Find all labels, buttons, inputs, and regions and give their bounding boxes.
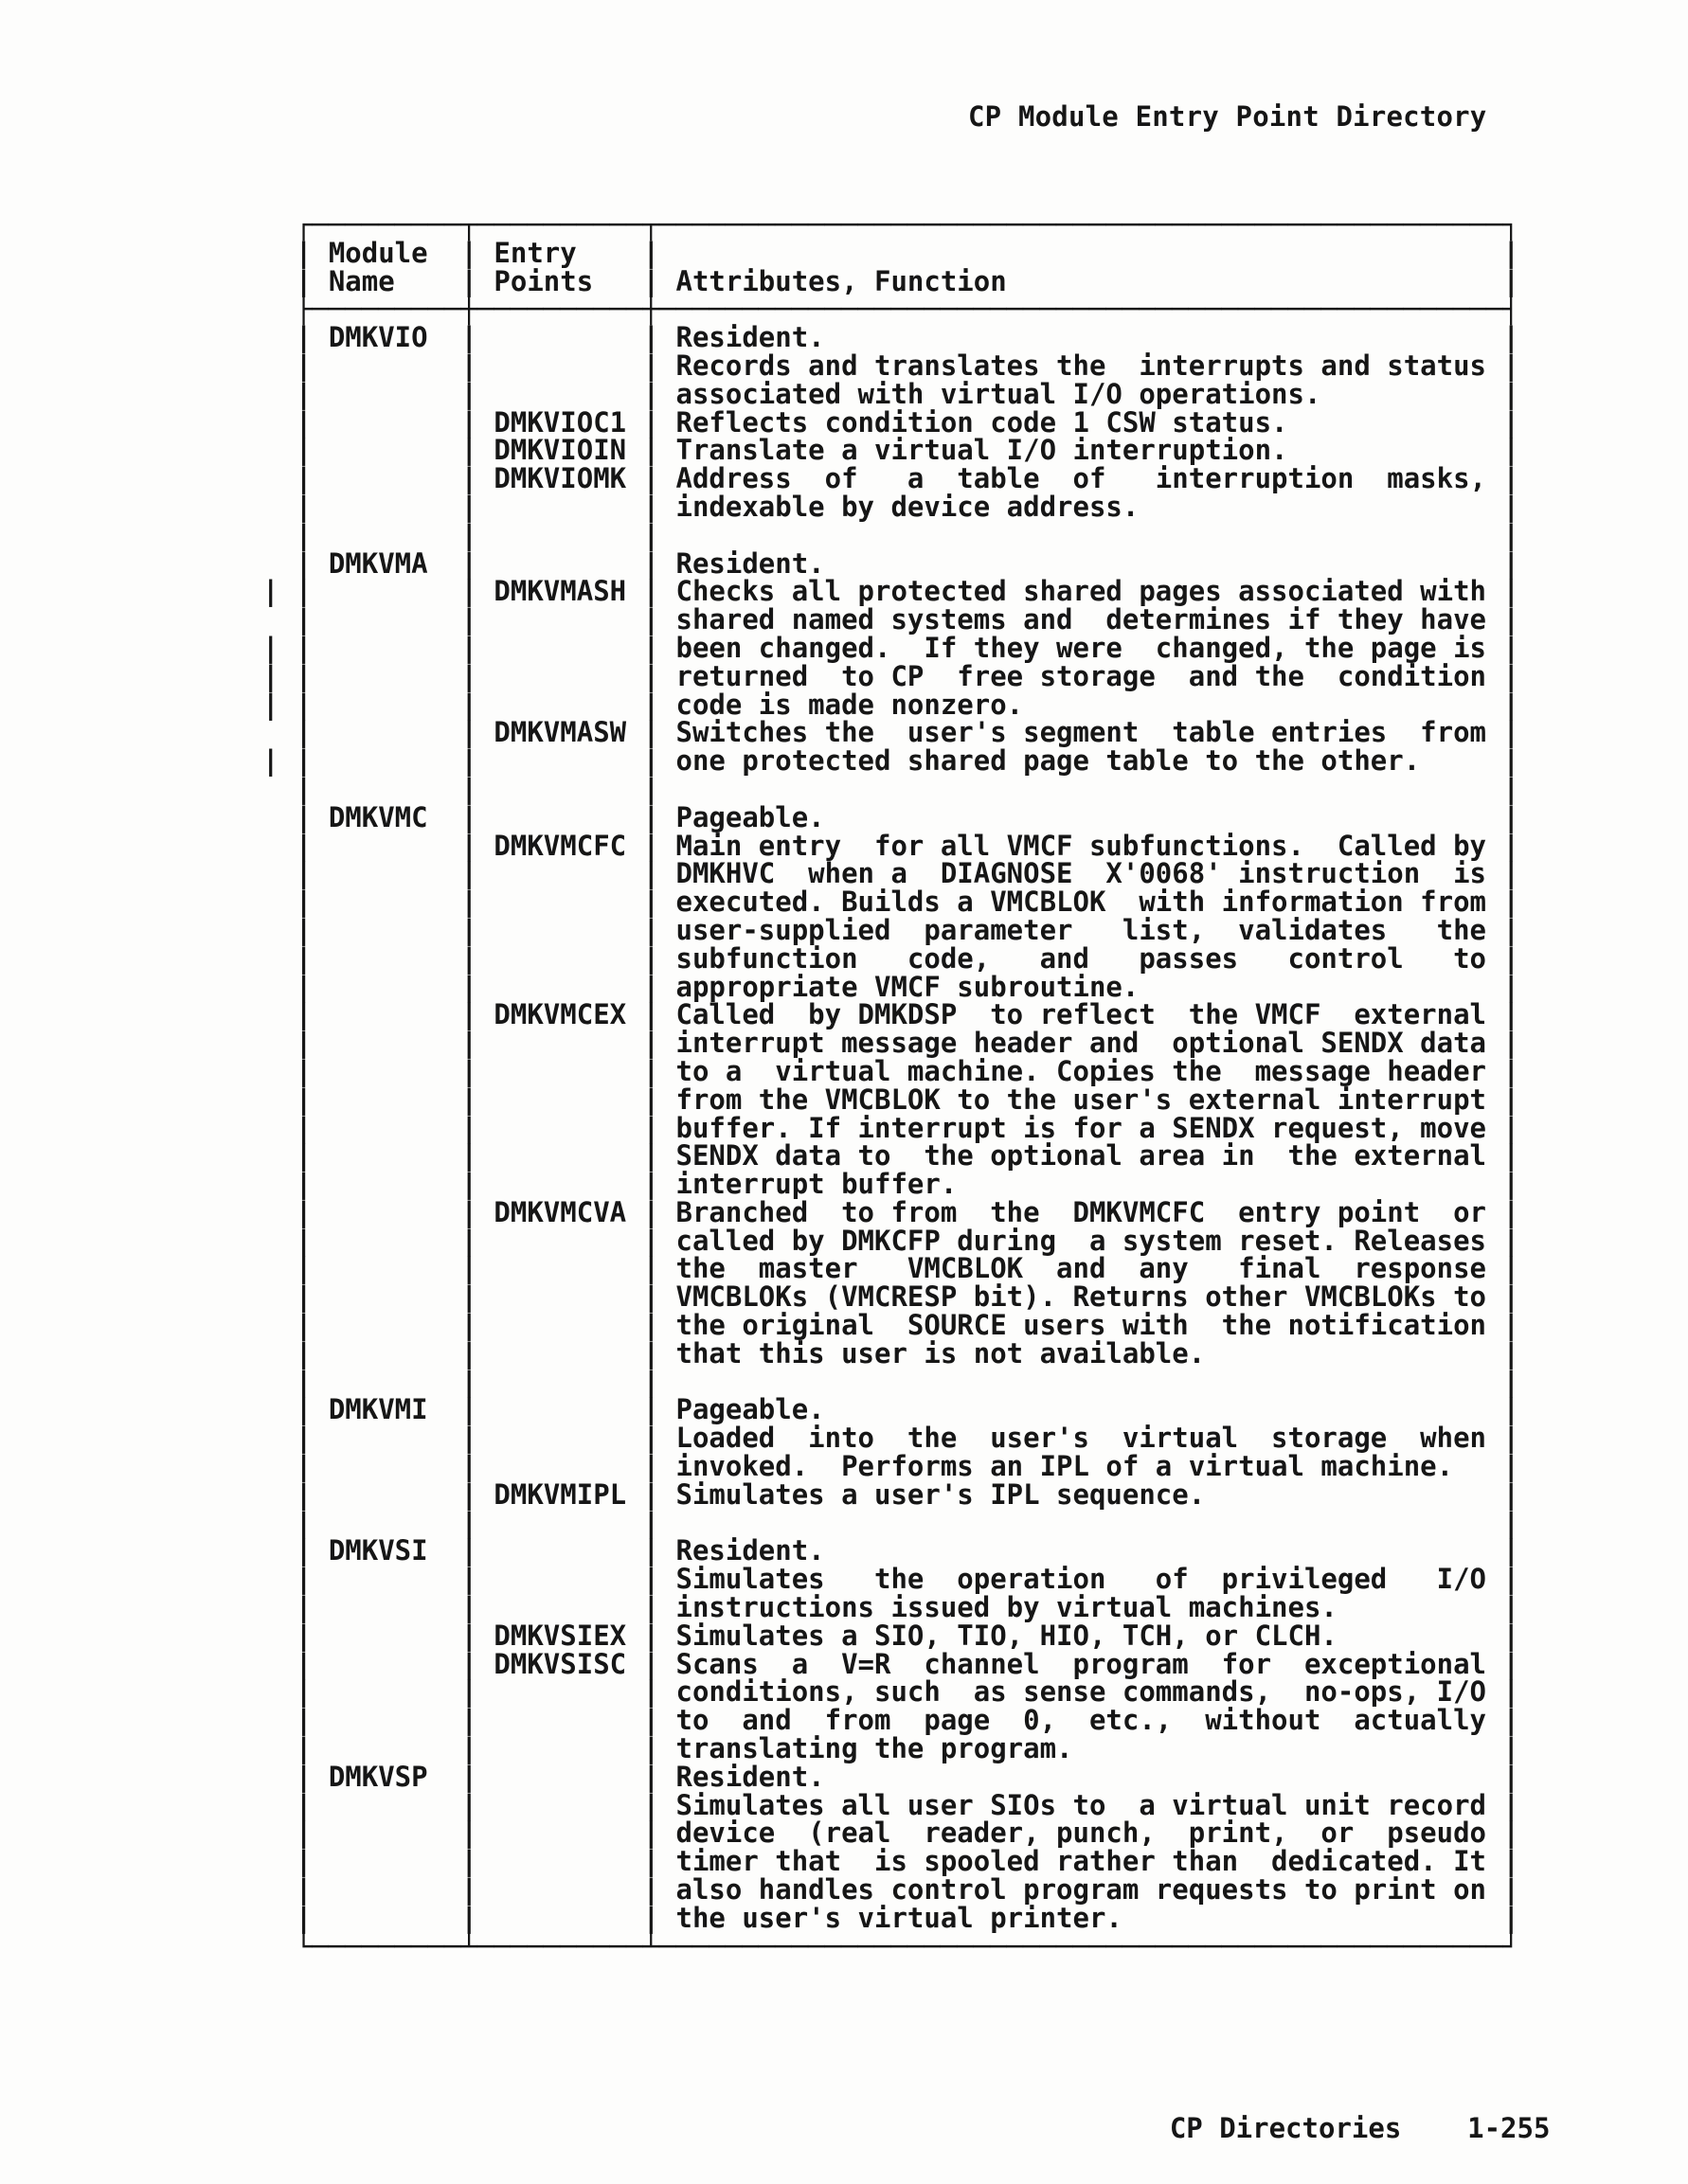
- table-row: | | | conditions, such as sense commands…: [262, 1678, 1519, 1707]
- table-row: | | | |: [262, 522, 1519, 550]
- table-border-top: ┌─────────┬──────────┬──────────────────…: [262, 211, 1519, 240]
- table-row: | DMKVMC | | Pageable. |: [262, 804, 1519, 832]
- table-row: | | | interrupt buffer. |: [262, 1171, 1519, 1199]
- table-row: | | | |: [262, 1510, 1519, 1538]
- table-header-divider: ├─────────┼──────────┼──────────────────…: [262, 295, 1519, 324]
- table-row: | | DMKVIOC1 | Reflects condition code 1…: [262, 409, 1519, 438]
- table-row: | | DMKVIOIN | Translate a virtual I/O i…: [262, 437, 1519, 465]
- table-row: | | DMKVMCEX | Called by DMKDSP to refle…: [262, 1001, 1519, 1029]
- table-row: | | | |: [262, 776, 1519, 804]
- table-row: | | | SENDX data to the optional area in…: [262, 1142, 1519, 1171]
- table-row: | | | Simulates the operation of privile…: [262, 1566, 1519, 1594]
- table-row: | | | the original SOURCE users with the…: [262, 1312, 1519, 1340]
- scanned-manual-page: CP Module Entry Point Directory ┌───────…: [0, 0, 1688, 2184]
- table-row: | | | translating the program. |: [262, 1735, 1519, 1763]
- table-row: | | | Simulates all user SIOs to a virtu…: [262, 1792, 1519, 1820]
- table-border-bottom: └─────────┴──────────┴──────────────────…: [262, 1933, 1519, 1961]
- table-row: | | | shared named systems and determine…: [262, 606, 1519, 635]
- table-row: | | | VMCBLOKs (VMCRESP bit). Returns ot…: [262, 1283, 1519, 1312]
- module-entry-point-table: ┌─────────┬──────────┬──────────────────…: [262, 211, 1519, 1960]
- table-row: | | | called by DMKCFP during a system r…: [262, 1227, 1519, 1256]
- table-row: | | DMKVMCFC | Main entry for all VMCF s…: [262, 832, 1519, 861]
- table-row: | | | invoked. Performs an IPL of a virt…: [262, 1453, 1519, 1481]
- table-row: | | | Records and translates the interru…: [262, 352, 1519, 381]
- table-row: | | DMKVMIPL | Simulates a user's IPL se…: [262, 1481, 1519, 1510]
- table-row: | | DMKVMASW | Switches the user's segme…: [262, 719, 1519, 747]
- table-row: | | DMKVIOMK | Address of a table of int…: [262, 465, 1519, 493]
- table-row: | | | timer that is spooled rather than …: [262, 1848, 1519, 1876]
- table-row: | | | from the VMCBLOK to the user's ext…: [262, 1086, 1519, 1115]
- table-row: | | | user-supplied parameter list, vali…: [262, 917, 1519, 945]
- table-row: | | | executed. Builds a VMCBLOK with in…: [262, 888, 1519, 917]
- table-row: | | DMKVSISC | Scans a V=R channel progr…: [262, 1651, 1519, 1679]
- footer-section-label: CP Directories: [1170, 2112, 1401, 2144]
- table-row: | | | Loaded into the user's virtual sto…: [262, 1424, 1519, 1453]
- table-row: | | | also handles control program reque…: [262, 1876, 1519, 1905]
- table-row: | | DMKVMCVA | Branched to from the DMKV…: [262, 1199, 1519, 1227]
- footer-page-number: 1-255: [1467, 2112, 1550, 2144]
- table-row: | | | to and from page 0, etc., without …: [262, 1707, 1519, 1735]
- table-row: | DMKVMI | | Pageable. |: [262, 1396, 1519, 1424]
- table-row: | | | | returned to CP free storage and …: [262, 663, 1519, 691]
- table-header-row: | Name | Points | Attributes, Function |: [262, 268, 1519, 296]
- table-row: | DMKVSP | | Resident. |: [262, 1763, 1519, 1792]
- table-row: | | | | code is made nonzero. |: [262, 691, 1519, 720]
- table-row: | | | appropriate VMCF subroutine. |: [262, 974, 1519, 1002]
- table-row: | | | |: [262, 1369, 1519, 1397]
- page-title: CP Module Entry Point Directory: [968, 102, 1486, 131]
- table-row: | | | subfunction code, and passes contr…: [262, 945, 1519, 974]
- table-header-row: | Module | Entry | |: [262, 240, 1519, 268]
- table-row: | | | interrupt message header and optio…: [262, 1029, 1519, 1058]
- table-row: | | | device (real reader, punch, print,…: [262, 1819, 1519, 1848]
- table-row: | DMKVMA | | Resident. |: [262, 550, 1519, 579]
- table-row: | | | associated with virtual I/O operat…: [262, 381, 1519, 409]
- table-row: | | | | one protected shared page table …: [262, 747, 1519, 776]
- table-row: | | | to a virtual machine. Copies the m…: [262, 1058, 1519, 1086]
- table-row: | | | DMKHVC when a DIAGNOSE X'0068' ins…: [262, 860, 1519, 888]
- table-row: | | DMKVSIEX | Simulates a SIO, TIO, HIO…: [262, 1622, 1519, 1651]
- table-row: | | | indexable by device address. |: [262, 493, 1519, 522]
- table-row: | | | | been changed. If they were chang…: [262, 635, 1519, 663]
- table-row: | | | the user's virtual printer. |: [262, 1905, 1519, 1933]
- table-row: | DMKVIO | | Resident. |: [262, 324, 1519, 352]
- table-row: | | | instructions issued by virtual mac…: [262, 1594, 1519, 1622]
- table-row: | | | that this user is not available. |: [262, 1340, 1519, 1369]
- page-footer: CP Directories1-255: [1104, 2086, 1550, 2171]
- table-row: | DMKVSI | | Resident. |: [262, 1537, 1519, 1566]
- table-row: | | | buffer. If interrupt is for a SEND…: [262, 1115, 1519, 1143]
- table-row: | | | DMKVMASH | Checks all protected sh…: [262, 578, 1519, 606]
- table-row: | | | the master VMCBLOK and any final r…: [262, 1255, 1519, 1283]
